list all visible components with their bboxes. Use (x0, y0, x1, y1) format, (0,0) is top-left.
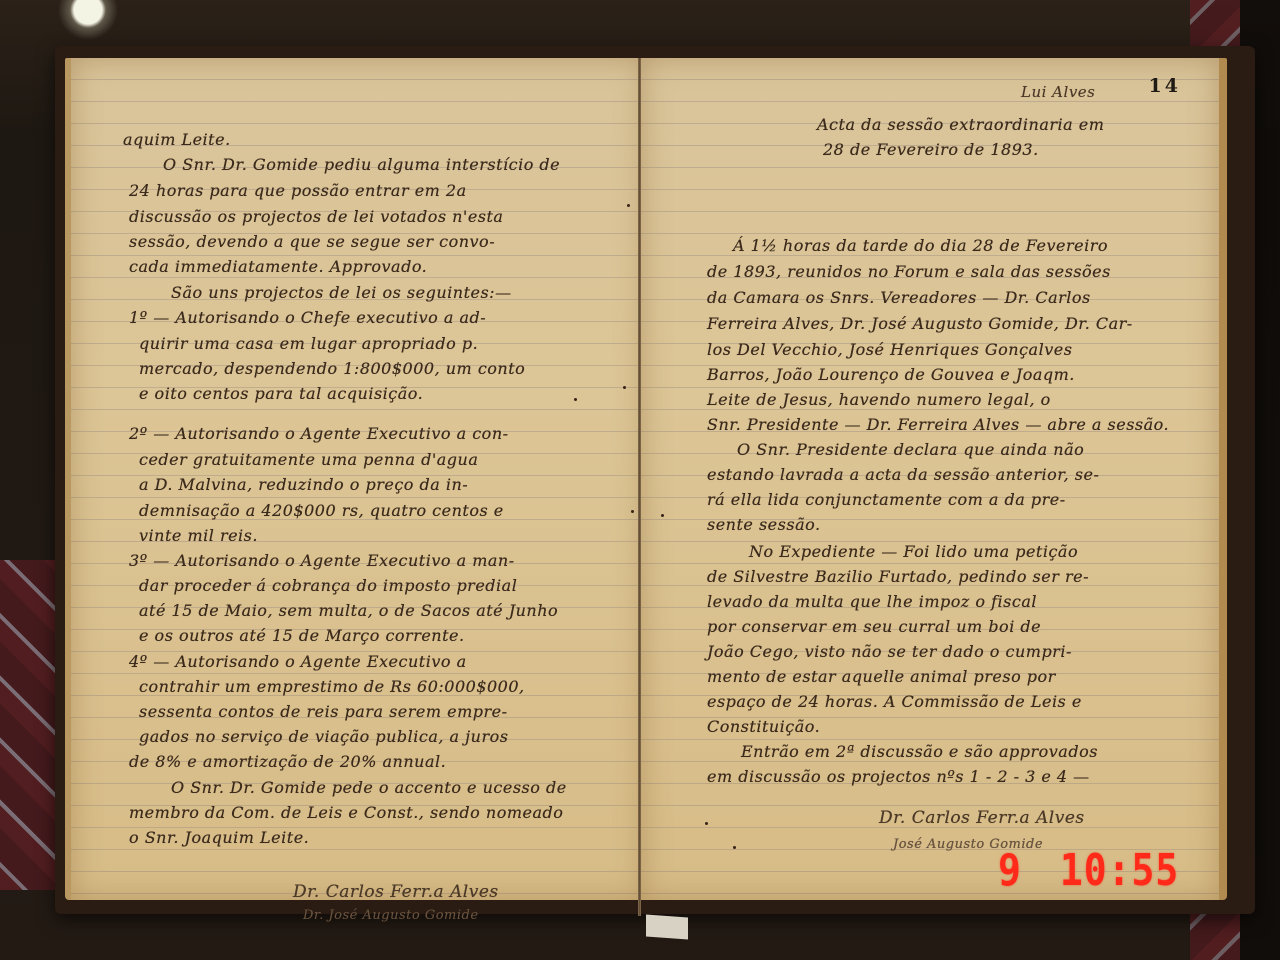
handwritten-line: sessão, devendo a que se segue ser convo… (129, 230, 495, 254)
handwritten-line: Á 1½ horas da tarde do dia 28 de Feverei… (733, 234, 1108, 258)
handwritten-line: São uns projectos de lei os seguintes:— (171, 281, 512, 305)
handwritten-line: até 15 de Maio, sem multa, o de Sacos at… (139, 599, 558, 623)
right-page: 14 Lui Alves Acta da sessão extraordinar… (641, 58, 1227, 900)
handwritten-line: demnisação a 420$000 rs, quatro centos e (139, 499, 504, 523)
handwritten-line: O Snr. Presidente declara que ainda não (737, 438, 1084, 462)
ink-spot (574, 398, 577, 401)
handwritten-line: e oito centos para tal acquisição. (139, 382, 423, 406)
minutes-title: 28 de Fevereiro de 1893. (823, 138, 1039, 162)
handwritten-line: estando lavrada a acta da sessão anterio… (707, 463, 1099, 487)
handwritten-line: 24 horas para que possão entrar em 2a (129, 179, 467, 203)
signature: Dr. José Augusto Gomide (303, 904, 479, 928)
handwritten-line: Ferreira Alves, Dr. José Augusto Gomide,… (707, 312, 1133, 336)
signature: Dr. Carlos Ferr.a Alves (293, 880, 499, 904)
handwritten-line: O Snr. Dr. Gomide pediu alguma interstíc… (163, 153, 560, 177)
left-page: aquim Leite. O Snr. Dr. Gomide pediu alg… (65, 58, 645, 900)
handwritten-line: da Camara os Snrs. Vereadores — Dr. Carl… (707, 286, 1091, 310)
handwritten-line: contrahir um emprestimo de Rs 60:000$000… (139, 675, 525, 699)
handwritten-line: Entrão em 2ª discussão e são approvados (741, 740, 1098, 764)
handwritten-line: No Expediente — Foi lido uma petição (749, 540, 1078, 564)
ink-spot (733, 846, 736, 849)
handwritten-line: o Snr. Joaquim Leite. (129, 826, 309, 850)
handwritten-line: Snr. Presidente — Dr. Ferreira Alves — a… (707, 413, 1169, 437)
handwritten-line: espaço de 24 horas. A Commissão de Leis … (707, 690, 1082, 714)
ink-spot (627, 204, 630, 207)
handwritten-line: Leite de Jesus, havendo numero legal, o (707, 388, 1051, 412)
handwritten-line: de 1893, reunidos no Forum e sala das se… (707, 260, 1111, 284)
handwritten-line: de Silvestre Bazilio Furtado, pedindo se… (707, 565, 1089, 589)
carpet-background-left (0, 560, 58, 890)
handwritten-line: em discussão os projectos nºs 1 - 2 - 3 … (707, 765, 1090, 789)
ink-spot (631, 510, 634, 513)
handwritten-line: 4º — Autorisando o Agente Executivo a (129, 650, 467, 674)
handwritten-line: ceder gratuitamente uma penna d'agua (139, 448, 478, 472)
handwritten-line: discussão os projectos de lei votados n'… (129, 205, 503, 229)
handwritten-line: Constituição. (707, 715, 820, 739)
handwritten-line: gados no serviço de viação publica, a ju… (139, 725, 508, 749)
handwritten-line: por conservar em seu curral um boi de (707, 615, 1041, 639)
handwritten-line: João Cego, visto não se ter dado o cumpr… (707, 640, 1072, 664)
handwritten-line: 2º — Autorisando o Agente Executivo a co… (129, 422, 509, 446)
ink-spot (661, 514, 664, 517)
handwritten-line: O Snr. Dr. Gomide pede o accento e ucess… (171, 776, 567, 800)
handwritten-line: levado da multa que lhe impoz o fiscal (707, 590, 1037, 614)
handwritten-line: de 8% e amortização de 20% annual. (129, 750, 446, 774)
ink-spot (623, 386, 626, 389)
timestamp-time: 10:55 (1060, 845, 1179, 896)
handwritten-line: mercado, despendendo 1:800$000, um conto (139, 357, 525, 381)
handwritten-line: e os outros até 15 de Março corrente. (139, 624, 465, 648)
bookmark-tab (646, 915, 688, 940)
handwritten-line: 3º — Autorisando o Agente Executivo a ma… (129, 549, 515, 573)
signature: Dr. Carlos Ferr.a Alves (879, 806, 1085, 830)
handwritten-line: mento de estar aquelle animal preso por (707, 665, 1056, 689)
handwritten-line: quirir uma casa em lugar apropriado p. (139, 332, 478, 356)
handwritten-line: sessenta contos de reis para serem empre… (139, 700, 508, 724)
ink-spot (705, 822, 708, 825)
handwritten-line: aquim Leite. (123, 128, 231, 152)
timestamp-day: 9 (998, 845, 1022, 896)
faint-header-mark: Lui Alves (1021, 80, 1095, 104)
handwritten-line: cada immediatamente. Approvado. (129, 255, 427, 279)
handwritten-line: a D. Malvina, reduzindo o preço da in- (139, 473, 468, 497)
handwritten-line: vinte mil reis. (139, 524, 258, 548)
handwritten-line: Barros, João Lourenço de Gouvea e Joaqm. (707, 363, 1075, 387)
handwritten-line: rá ella lida conjunctamente com a da pre… (707, 488, 1066, 512)
camera-timestamp: 910:55 (998, 845, 1179, 896)
handwritten-line: membro da Com. de Leis e Const., sendo n… (129, 801, 563, 825)
handwritten-line: dar proceder á cobrança do imposto predi… (139, 574, 517, 598)
minutes-title: Acta da sessão extraordinaria em (817, 113, 1104, 137)
handwritten-line: 1º — Autorisando o Chefe executivo a ad- (129, 306, 486, 330)
handwritten-line: los Del Vecchio, José Henriques Gonçalve… (707, 338, 1072, 362)
page-number: 14 (1149, 75, 1181, 97)
handwritten-line: sente sessão. (707, 513, 821, 537)
